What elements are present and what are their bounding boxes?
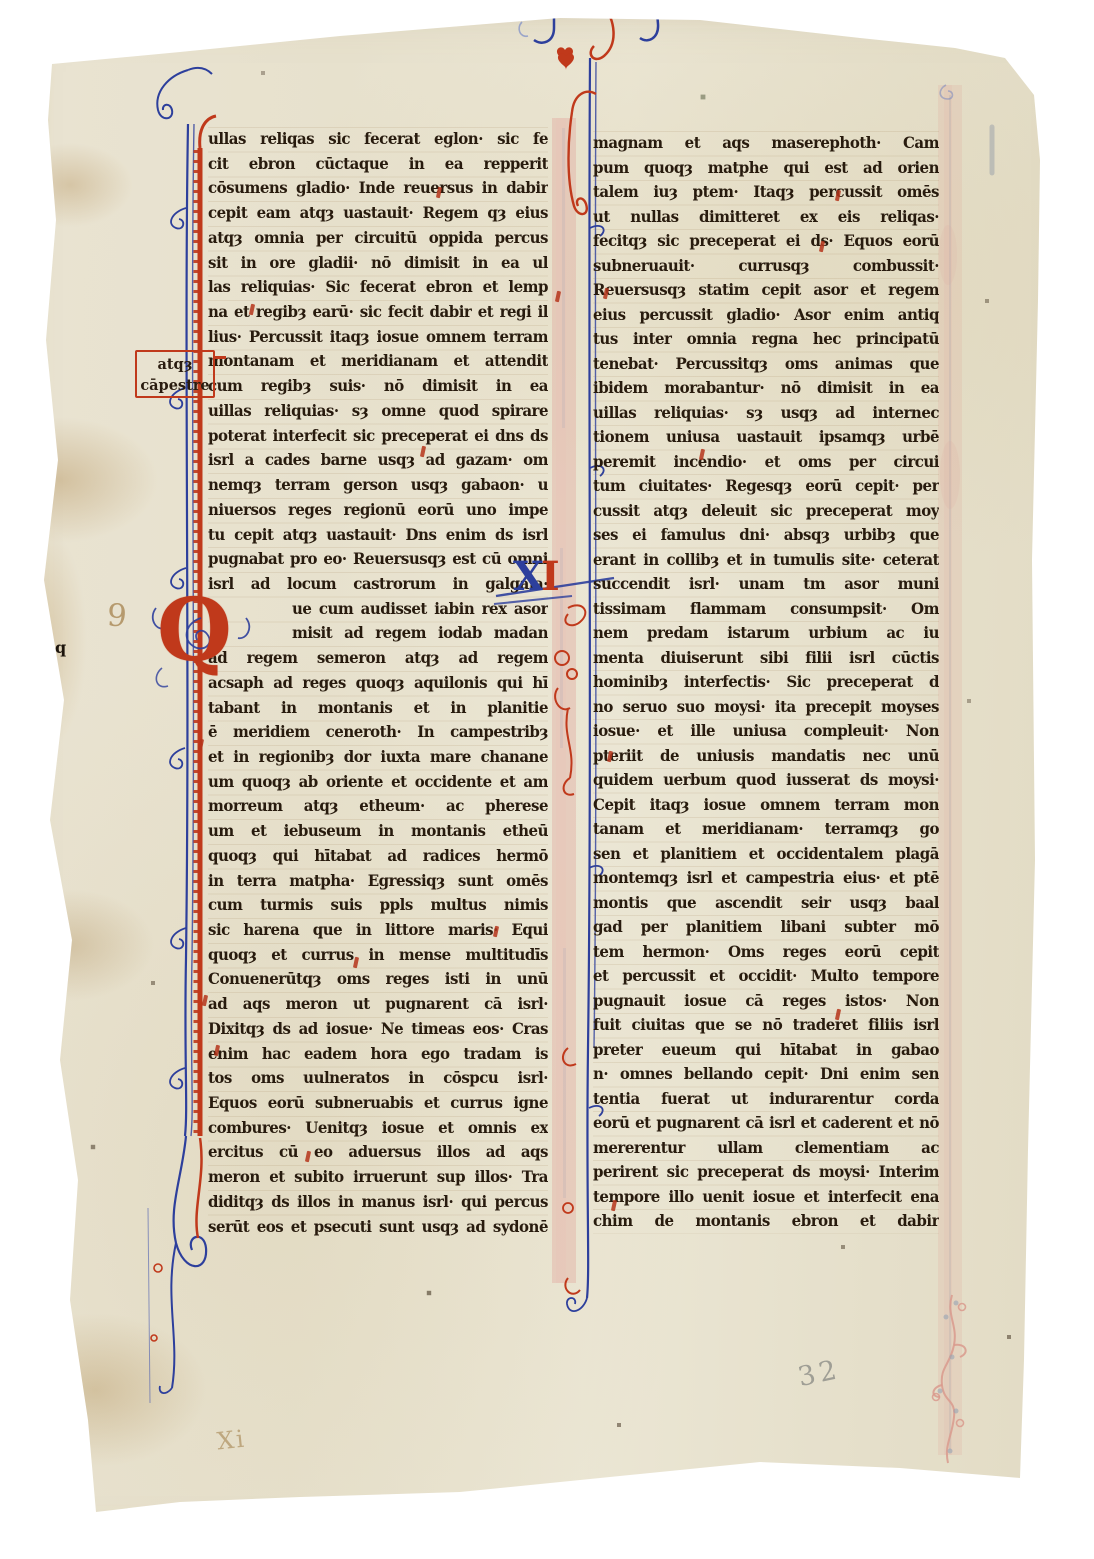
manuscript-line: mererentur ullam clementiam ac [593, 1135, 939, 1160]
manuscript-line: et in regionibȝ dor iuxta mare chanane [208, 744, 548, 770]
manuscript-line: preter eueum qui hītabat in gabao [593, 1037, 939, 1062]
chapter-letter-i: I [541, 553, 557, 600]
manuscript-line: ses ei famulus dni· absqȝ urbibȝ que [593, 523, 939, 548]
manuscript-line: pugnauit iosue cā reges istos· Non [593, 988, 939, 1013]
pencil-number-32: 32 [795, 1354, 843, 1393]
quire-mark-xi: Xi [216, 1425, 248, 1456]
manuscript-line: poterat interfecit sic preceperat ei dns… [208, 423, 548, 449]
manuscript-line: iosue· et ille uniusa compleuit· Non [593, 719, 939, 744]
marginal-note-line1: atqȝ [137, 354, 213, 375]
manuscript-line: tus inter omnia regna hec principatū [593, 327, 939, 352]
manuscript-line: in terra matpha· Egressiqȝ sunt omēs [208, 868, 548, 894]
manuscript-line: uillas reliquias· sȝ omne quod spirare [208, 398, 548, 424]
manuscript-line: ercitus cū eo aduersus illos ad aqs [208, 1140, 548, 1166]
manuscript-line: quidem uerbum quod iusserat ds moysi· [593, 768, 939, 793]
manuscript-line: succendit isrl· unam tm asor muni [593, 572, 939, 597]
manuscript-line: tempore illo uenit iosue et interfecit e… [593, 1184, 939, 1209]
left-border-penwork-icon [128, 58, 218, 1403]
manuscript-line: sit in ore gladii· nō dimisit in ea ul [208, 250, 548, 276]
manuscript-line: Dixitqȝ ds ad iosue· Ne timeas eos· Cras [208, 1016, 548, 1042]
manuscript-line: sen et planitiem et occidentalem plagā [593, 841, 939, 866]
manuscript-line: Reuersusqȝ statim cepit asor et regem [593, 278, 939, 303]
manuscript-line: ad regem semeron atqȝ ad regem [208, 646, 548, 672]
manuscript-line: magnam et aqs maserephoth· Cam [593, 131, 939, 156]
manuscript-line: quoqȝ et currus in mense multitudīs [208, 942, 548, 968]
manuscript-line: montemqȝ isrl et campestria eius· et ptē [593, 866, 939, 891]
manuscript-line: pteriit de uniusis mandatis nec unū [593, 743, 939, 768]
manuscript-line: tos oms uulneratos in cōspcu isrl· [208, 1066, 548, 1092]
manuscript-line: nem predam istarum urbium ac iu [593, 621, 939, 646]
manuscript-line: ullas reliqas sic fecerat eglon· sic fe [208, 127, 548, 153]
chapter-letter-x: X [513, 553, 541, 600]
manuscript-line: tissimam flammam consumpsit· Om [593, 596, 939, 621]
manuscript-line: Conuenerūtqȝ oms reges isti in unū [208, 967, 548, 993]
manuscript-line: las reliquias· Sic fecerat ebron et lemp [208, 275, 548, 301]
manuscript-line: morreum atqȝ etheum· ac pherese [208, 794, 548, 820]
manuscript-line: n· omnes bellando cepit· Dni enim sen [593, 1062, 939, 1087]
manuscript-line: nemqȝ terram gerson usqȝ gabaon· u [208, 473, 548, 499]
manuscript-line: isrl ad locum castrorum in galgala· [208, 571, 548, 597]
manuscript-line: tum ciuitates· Regesqȝ eorū cepit· per [593, 474, 939, 499]
manuscript-line: combures· Uenitqȝ iosue et omnis ex [208, 1115, 548, 1141]
manuscript-line: fecitqȝ sic preceperat ei ds· Equos eorū [593, 229, 939, 254]
ink-specks [0, 0, 2, 2]
manuscript-line: diditqȝ ds illos in manus isrl· qui perc… [208, 1189, 548, 1215]
marginal-note-line2: cāpestre [137, 375, 213, 396]
manuscript-line: meron et subito irruerunt sup illos· Tra [208, 1165, 548, 1191]
manuscript-line: Equos eorū subneruabis et currus igne [208, 1091, 548, 1117]
manuscript-line: lius· Percussit itaqȝ iosue omnem terram [208, 324, 548, 350]
manuscript-line: et percussit et occidit· Multo tempore [593, 964, 939, 989]
parchment-leaf: ullas reliqas sic fecerat eglon· sic fec… [0, 0, 1094, 1559]
manuscript-line: pum quoqȝ matphe qui est ad orien [593, 155, 939, 180]
manuscript-line: menta diuiserunt sibi filii isrl cūctis [593, 645, 939, 670]
manuscript-line: cussit atqȝ deleuit sic preceperat moy [593, 498, 939, 523]
manuscript-line: Cepit itaqȝ iosue omnem terram mon [593, 792, 939, 817]
margin-mark-q: q [55, 638, 66, 657]
text-column-right: magnam et aqs maserephoth· Campum quoqȝ … [593, 131, 939, 1234]
manuscript-line: ad aqs meron ut pugnarent cā isrl· [208, 992, 548, 1018]
manuscript-line: chim de montanis ebron et dabir [593, 1209, 939, 1234]
manuscript-line: perirent sic preceperat ds moysi· Interi… [593, 1160, 939, 1185]
manuscript-line: no seruo suo moysi· ita precepit moyses [593, 694, 939, 719]
manuscript-line: serūt eos et psecuti sunt usqȝ ad sydonē [208, 1214, 548, 1240]
text-column-left: ullas reliqas sic fecerat eglon· sic fec… [208, 127, 548, 1239]
manuscript-line: cum regibȝ suis· nō dimisit in ea [208, 374, 548, 400]
manuscript-line: fuit ciuitas que se nō traderet filiis i… [593, 1013, 939, 1038]
manuscript-line: na et regibȝ earū· sic fecit dabir et re… [208, 300, 548, 326]
manuscript-line: tu cepit atqȝ uastauit· Dns enim ds isrl [208, 522, 548, 548]
manuscript-line: misit ad regem iodab madan [208, 621, 548, 647]
manuscript-line: hominibȝ interfectis· Sic preceperat d [593, 670, 939, 695]
manuscript-line: um et iebuseum in montanis etheū [208, 819, 548, 845]
manuscript-line: tabant in montanis et in planitie [208, 695, 548, 721]
manuscript-line: enim hac eadem hora ego tradam is [208, 1041, 548, 1067]
margin-mark-9: 9 [106, 597, 128, 634]
manuscript-line: cepit eam atqȝ uastauit· Regem qȝ eius [208, 201, 548, 227]
manuscript-line: ue cum audisset iabin rex asor [208, 596, 548, 622]
manuscript-line: ibidem morabantur· nō dimisit in ea [593, 376, 939, 401]
initial-letter-q: Q [157, 590, 232, 672]
manuscript-line: cit ebron cūctaque in ea repperit [208, 151, 548, 177]
manuscript-line: tionem uniusa uastauit ipsamqȝ urbē [593, 425, 939, 450]
manuscript-line: tenebat· Percussitqȝ oms animas que [593, 351, 939, 376]
manuscript-line: montanam et meridianam et attendit [208, 349, 548, 375]
marginal-correction-note: atqȝ cāpestre [135, 350, 215, 398]
manuscript-line: niuersos reges regionū eorū uno impe [208, 497, 548, 523]
manuscript-line: erant in collibȝ et in tumulis site· cet… [593, 547, 939, 572]
manuscript-line: tanam et meridianam· terramqȝ go [593, 817, 939, 842]
manuscript-line: eorū et pugnarent cā isrl et caderent et… [593, 1111, 939, 1136]
manuscript-line: atqȝ omnia per circuitū oppida percus [208, 225, 548, 251]
manuscript-line: uillas reliquias· sȝ usqȝ ad internec [593, 400, 939, 425]
manuscript-line: ut nullas dimitteret ex eis reliqas· [593, 204, 939, 229]
manuscript-line: ē meridiem ceneroth· In campestribȝ [208, 720, 548, 746]
manuscript-line: eius percussit gladio· Asor enim antiq [593, 302, 939, 327]
manuscript-line: pugnabat pro eo· Reuersusqȝ est cū omni [208, 547, 548, 573]
manuscript-line: acsaph ad reges quoqȝ aquilonis qui hī [208, 670, 548, 696]
manuscript-line: talem iuȝ ptem· Itaqȝ percussit omēs [593, 180, 939, 205]
manuscript-line: isrl a cades barne usqȝ ad gazam· om [208, 448, 548, 474]
manuscript-line: montis que ascendit seir usqȝ baal [593, 890, 939, 915]
scan-background: ullas reliqas sic fecerat eglon· sic fec… [0, 0, 1094, 1559]
manuscript-line: gad per planitiem libani subter mō [593, 915, 939, 940]
manuscript-line: um quoqȝ ab oriente et occidente et am [208, 769, 548, 795]
manuscript-line: cum turmis suis ppls multus nimis [208, 893, 548, 919]
manuscript-line: subneruauit· currusqȝ combussit· [593, 253, 939, 278]
manuscript-line: tem hermon· Oms reges eorū cepit [593, 939, 939, 964]
manuscript-line: peremit incendio· et oms per circui [593, 449, 939, 474]
chapter-number: XI [513, 555, 557, 599]
manuscript-line: quoqȝ qui hītabat ad radices hermō [208, 843, 548, 869]
manuscript-line: cōsumens gladio· Inde reuersus in dabir [208, 176, 548, 202]
manuscript-line: tentia fuerat ut indurarentur corda [593, 1086, 939, 1111]
